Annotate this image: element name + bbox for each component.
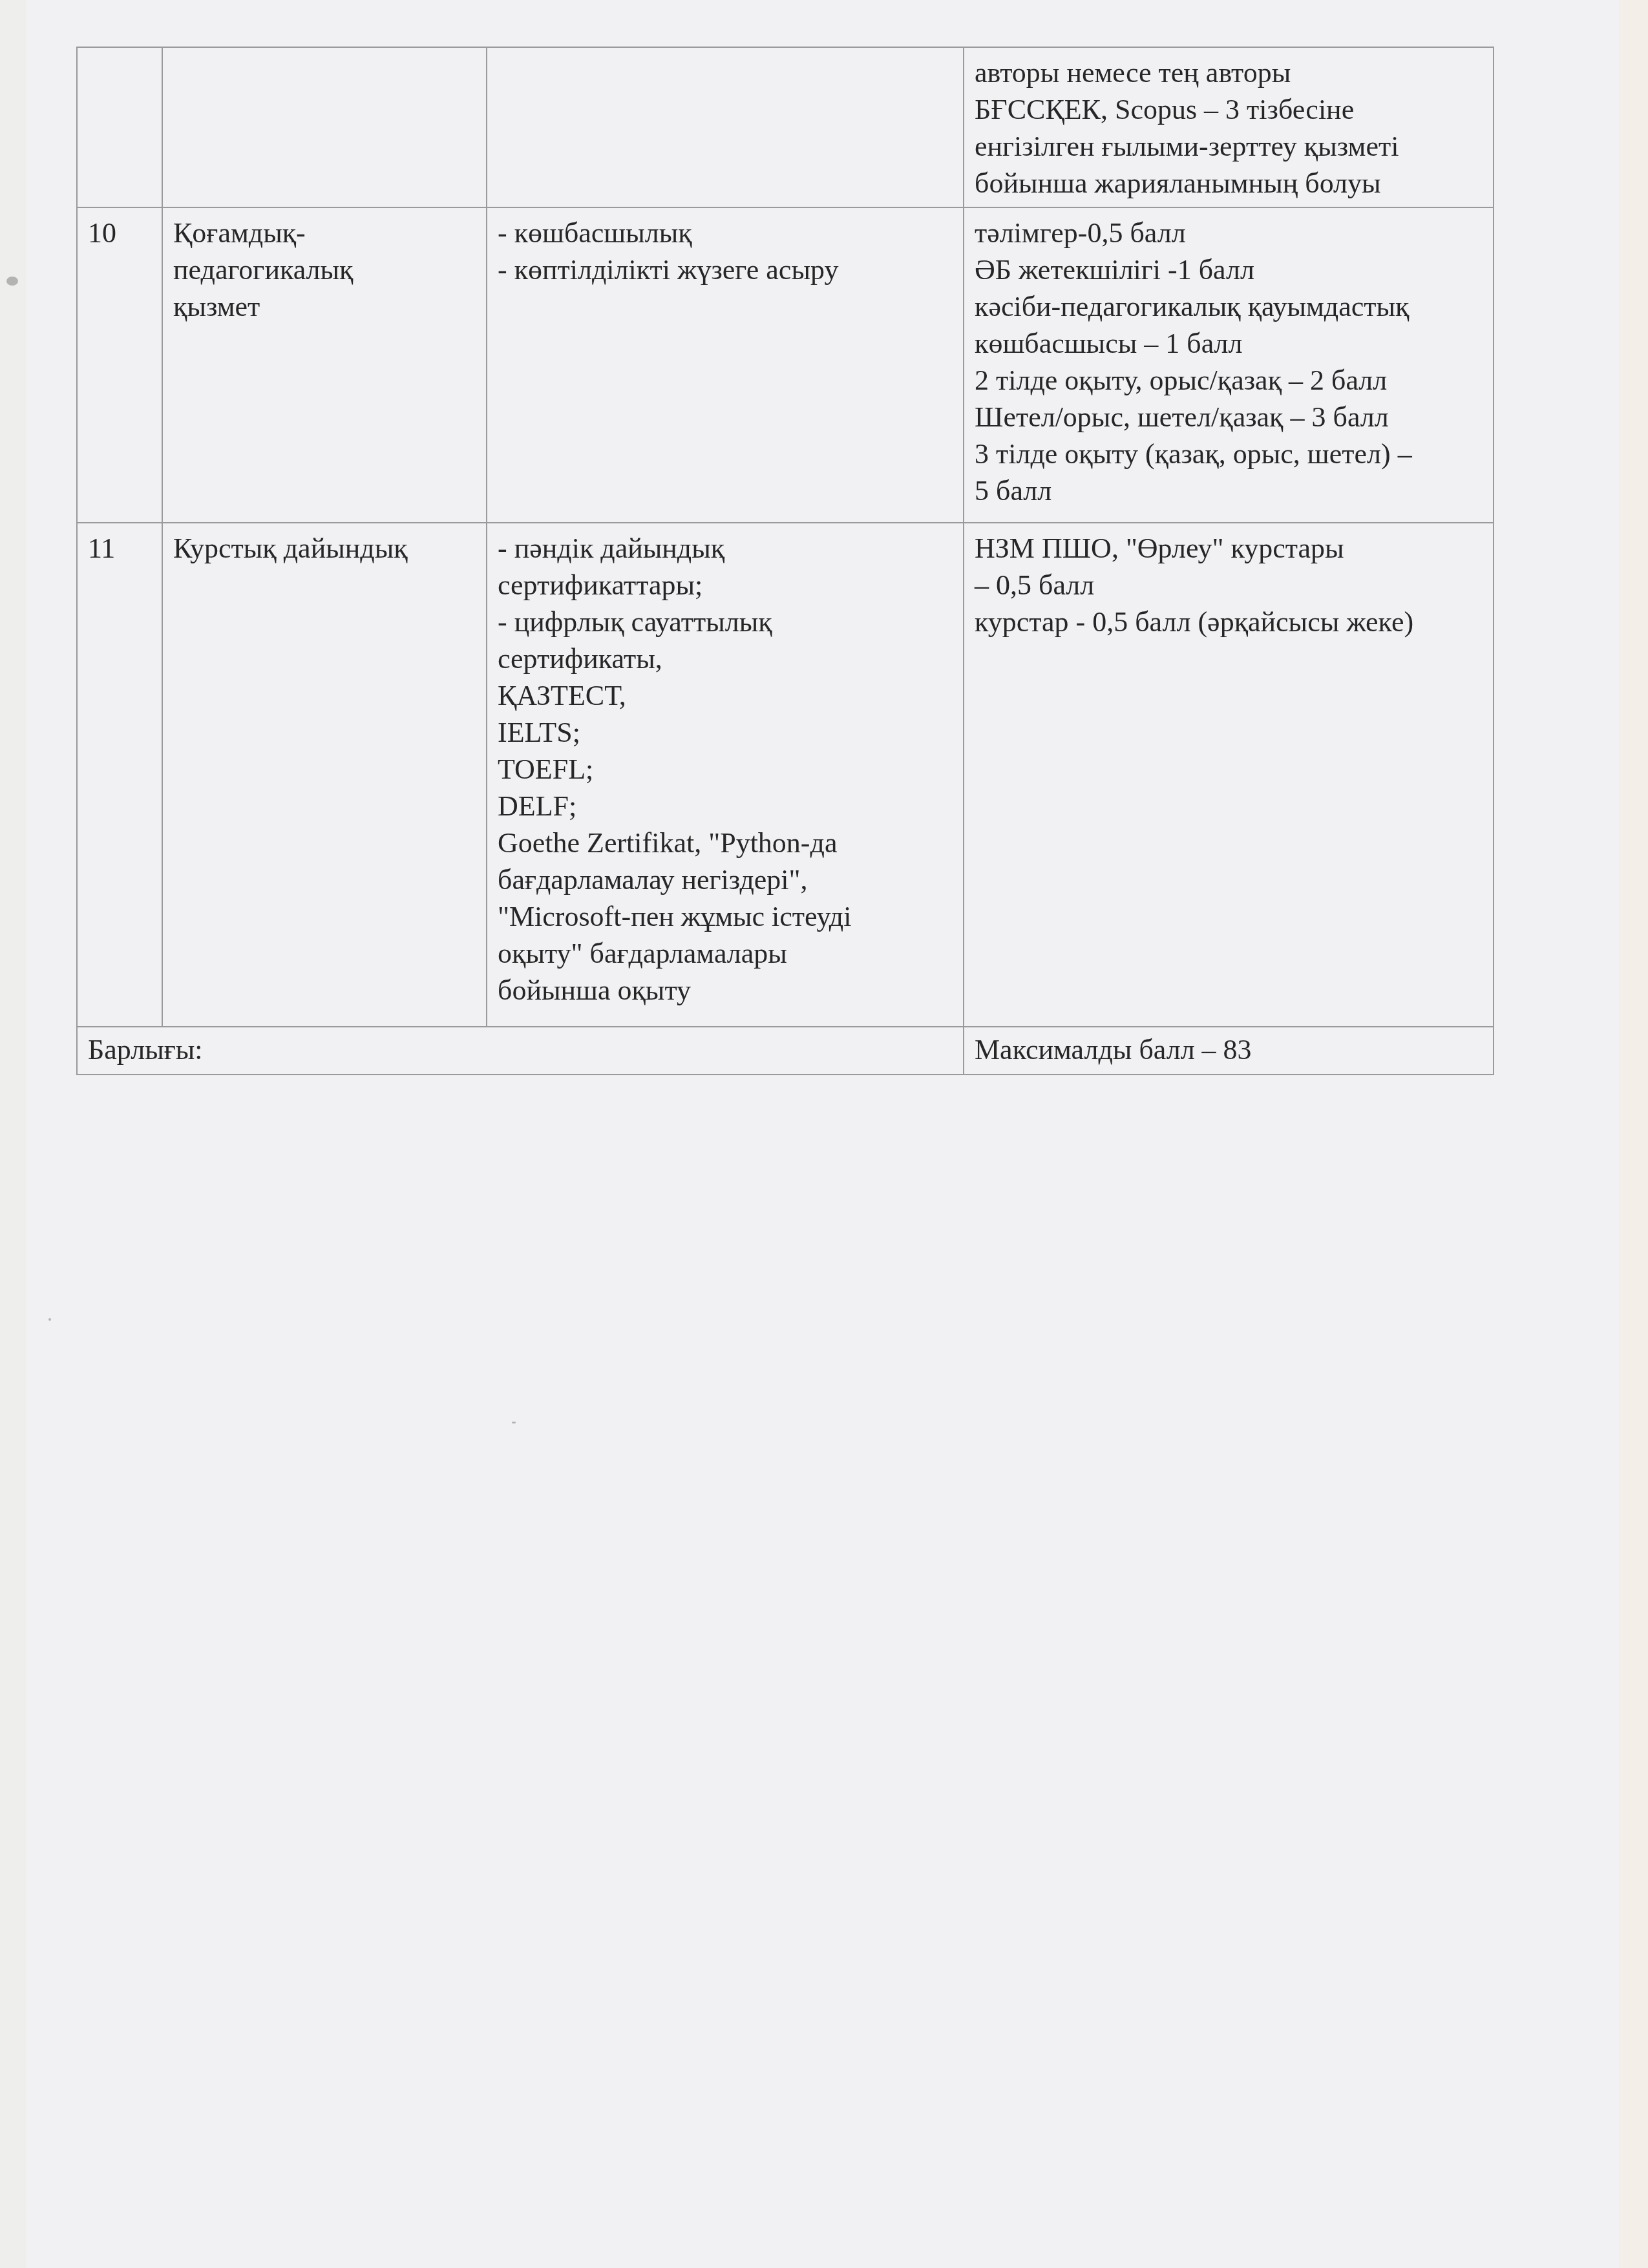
table-row: 11 Курстық дайындық - пәндік дайындықсер… bbox=[77, 523, 1494, 1027]
cell-line: - пәндік дайындық bbox=[498, 530, 954, 567]
cell-line: Шетел/орыс, шетел/қазақ – 3 балл bbox=[975, 399, 1484, 436]
indicators-cell bbox=[487, 47, 964, 207]
cell-line: 5 балл bbox=[975, 472, 1484, 509]
category-cell: Курстық дайындық bbox=[162, 523, 487, 1027]
cell-line: көшбасшысы – 1 балл bbox=[975, 325, 1484, 362]
row-number-cell bbox=[77, 47, 162, 207]
indicators-cell: - пәндік дайындықсертификаттары;- цифрлы… bbox=[487, 523, 964, 1027]
category-cell bbox=[162, 47, 487, 207]
indicators-cell: - көшбасшылық- көптілділікті жүзеге асыр… bbox=[487, 207, 964, 523]
scoring-cell: тәлімгер-0,5 баллӘБ жетекшілігі -1 баллк… bbox=[964, 207, 1494, 523]
cell-line: 2 тілде оқыту, орыс/қазақ – 2 балл bbox=[975, 362, 1484, 399]
cell-line: бағдарламалау негіздері", bbox=[498, 861, 954, 898]
cell-line: НЗМ ПШО, "Өрлеу" курстары bbox=[975, 530, 1484, 567]
scoring-cell: авторы немесе тең авторыБҒССҚЕК, Scopus … bbox=[964, 47, 1494, 207]
total-value: Максималды балл – 83 bbox=[964, 1027, 1494, 1075]
cell-line: бойынша оқыту bbox=[498, 972, 954, 1009]
row-number-cell: 11 bbox=[77, 523, 162, 1027]
scan-left-margin bbox=[0, 0, 26, 2268]
table-row: авторы немесе тең авторыБҒССҚЕК, Scopus … bbox=[77, 47, 1494, 207]
cell-line: - көшбасшылық bbox=[498, 215, 954, 251]
cell-line: авторы немесе тең авторы bbox=[975, 54, 1484, 91]
cell-line: – 0,5 балл bbox=[975, 567, 1484, 604]
cell-line: оқыту" бағдарламалары bbox=[498, 935, 954, 972]
cell-line: енгізілген ғылыми-зерттеу қызметі bbox=[975, 128, 1484, 165]
cell-line: Goethe Zertifikat, "Python-да bbox=[498, 824, 954, 861]
scoring-cell: НЗМ ПШО, "Өрлеу" курстары– 0,5 баллкурст… bbox=[964, 523, 1494, 1027]
scan-speck bbox=[48, 1318, 51, 1321]
cell-line: бойынша жарияланымның болуы bbox=[975, 165, 1484, 202]
cell-line: "Microsoft-пен жұмыс істеуді bbox=[498, 898, 954, 935]
cell-line: тәлімгер-0,5 балл bbox=[975, 215, 1484, 251]
scan-speck bbox=[512, 1422, 516, 1423]
cell-line: ҚАЗТЕСТ, bbox=[498, 677, 954, 714]
cell-line: БҒССҚЕК, Scopus – 3 тізбесіне bbox=[975, 91, 1484, 128]
table-row: 10 Қоғамдық- педагогикалық қызмет - көшб… bbox=[77, 207, 1494, 523]
scan-right-margin bbox=[1619, 0, 1648, 2268]
scan-speck bbox=[6, 277, 18, 286]
cell-line: сертификаты, bbox=[498, 640, 954, 677]
cell-line: - цифрлық сауаттылық bbox=[498, 604, 954, 640]
cell-line: 3 тілде оқыту (қазақ, орыс, шетел) – bbox=[975, 436, 1484, 472]
cell-line: - көптілділікті жүзеге асыру bbox=[498, 251, 954, 288]
cell-line: сертификаттары; bbox=[498, 567, 954, 604]
criteria-table: авторы немесе тең авторыБҒССҚЕК, Scopus … bbox=[76, 47, 1494, 1075]
cell-line: TOEFL; bbox=[498, 751, 954, 788]
row-number-cell: 10 bbox=[77, 207, 162, 523]
total-label: Барлығы: bbox=[77, 1027, 964, 1075]
cell-line: кәсіби-педагогикалық қауымдастық bbox=[975, 288, 1484, 325]
cell-line: ӘБ жетекшілігі -1 балл bbox=[975, 251, 1484, 288]
cell-line: DELF; bbox=[498, 788, 954, 824]
cell-line: курстар - 0,5 балл (әрқайсысы жеке) bbox=[975, 604, 1484, 640]
cell-line: IELTS; bbox=[498, 714, 954, 751]
category-cell: Қоғамдық- педагогикалық қызмет bbox=[162, 207, 487, 523]
total-row: Барлығы: Максималды балл – 83 bbox=[77, 1027, 1494, 1075]
